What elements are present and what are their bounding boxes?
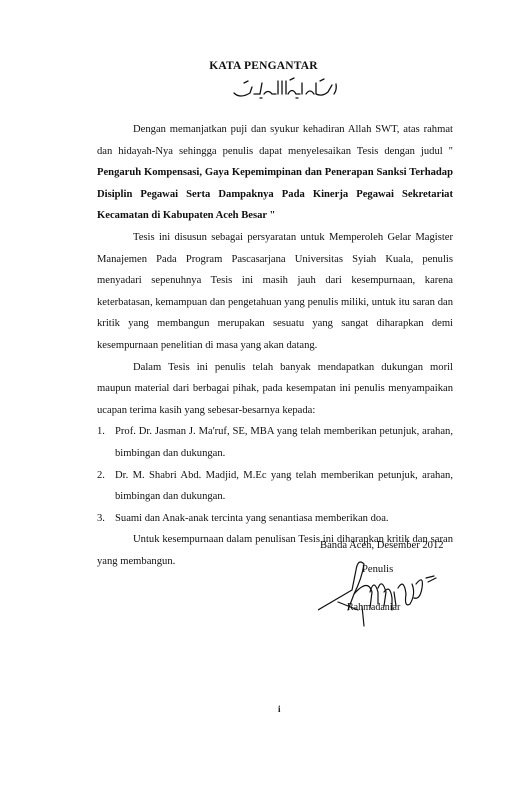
paragraph-acknowledgement-intro: Dalam Tesis ini penulis telah banyak men…	[97, 357, 453, 422]
document-body: Dengan memanjatkan puji dan syukur kehad…	[97, 119, 453, 572]
thesis-title: Pengaruh Kompensasi, Gaya Kepemimpinan d…	[97, 167, 453, 221]
signer-name: Rahmadaniar	[347, 602, 400, 613]
list-text: Dr. M. Shabri Abd. Madjid, M.Ec yang tel…	[115, 470, 453, 503]
list-item: 3. Suami dan Anak-anak tercinta yang sen…	[97, 508, 453, 530]
list-text: Suami dan Anak-anak tercinta yang senant…	[115, 513, 389, 524]
list-number: 3.	[97, 508, 105, 530]
list-item: 2. Dr. M. Shabri Abd. Madjid, M.Ec yang …	[97, 465, 453, 508]
basmalah-calligraphy: بسم الله الرحمن الرحيم	[230, 75, 340, 101]
document-page: KATA PENGANTAR بسم الله الرحمن الرحيم De…	[0, 0, 527, 805]
list-number: 1.	[97, 421, 105, 443]
list-number: 2.	[97, 465, 105, 487]
list-text: Prof. Dr. Jasman J. Ma'ruf, SE, MBA yang…	[115, 426, 453, 459]
signer-role: Penulis	[362, 564, 393, 575]
paragraph-purpose: Tesis ini disusun sebagai persyaratan un…	[97, 227, 453, 357]
page-number: i	[278, 704, 281, 714]
opening-text: Dengan memanjatkan puji dan syukur kehad…	[97, 124, 453, 157]
paragraph-opening: Dengan memanjatkan puji dan syukur kehad…	[97, 119, 453, 227]
handwritten-signature	[318, 548, 443, 628]
list-item: 1. Prof. Dr. Jasman J. Ma'ruf, SE, MBA y…	[97, 421, 453, 464]
acknowledgement-list: 1. Prof. Dr. Jasman J. Ma'ruf, SE, MBA y…	[97, 421, 453, 529]
page-title: KATA PENGANTAR	[0, 60, 527, 72]
